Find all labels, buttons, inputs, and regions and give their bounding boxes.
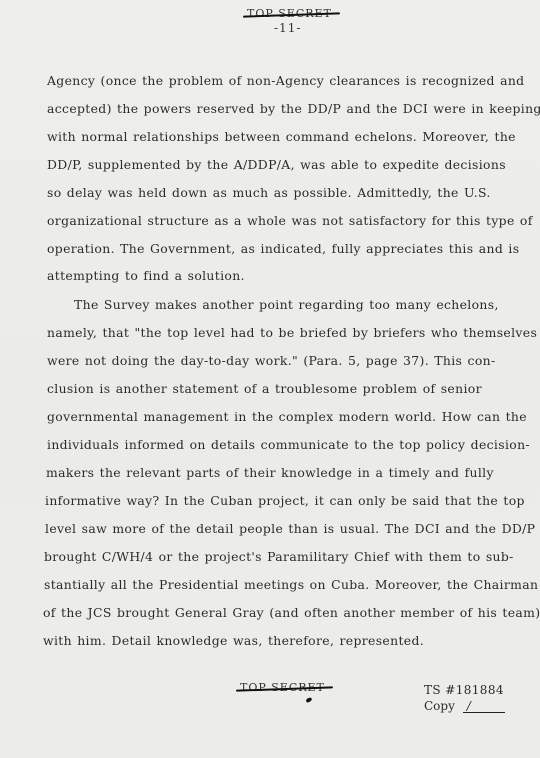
- body-line: so delay was held down as much as possib…: [47, 185, 491, 200]
- body-line: organizational structure as a whole was …: [47, 213, 533, 228]
- copy-number-field: Copy /: [424, 699, 505, 713]
- body-line: stantially all the Presidential meetings…: [44, 577, 538, 592]
- control-number: TS #181884: [424, 683, 504, 697]
- body-line: individuals informed on details communic…: [47, 437, 530, 452]
- body-line: with him. Detail knowledge was, therefor…: [43, 633, 424, 648]
- copy-value: /: [463, 700, 505, 713]
- body-line: informative way? In the Cuban project, i…: [45, 493, 525, 508]
- body-line: accepted) the powers reserved by the DD/…: [47, 101, 540, 116]
- body-line: clusion is another statement of a troubl…: [47, 381, 482, 396]
- body-line: Agency (once the problem of non-Agency c…: [47, 73, 524, 88]
- body-line: of the JCS brought General Gray (and oft…: [43, 605, 540, 620]
- top-classification-stamp: TOP SECRET: [247, 7, 332, 20]
- page-number: -11-: [274, 21, 301, 35]
- body-line: brought C/WH/4 or the project's Paramili…: [44, 549, 514, 564]
- copy-label: Copy: [424, 699, 455, 713]
- body-line: attempting to find a solution.: [47, 268, 245, 283]
- body-line: namely, that "the top level had to be br…: [47, 325, 537, 340]
- body-line: makers the relevant parts of their knowl…: [46, 465, 494, 480]
- body-line: operation. The Government, as indicated,…: [47, 241, 519, 256]
- body-line: with normal relationships between comman…: [47, 129, 516, 144]
- ink-blot-mark: [305, 697, 312, 703]
- paragraph-start-line: The Survey makes another point regarding…: [74, 297, 499, 312]
- body-line: governmental management in the complex m…: [47, 409, 527, 424]
- bottom-classification-stamp: TOP SECRET: [240, 681, 325, 694]
- body-line: level saw more of the detail people than…: [45, 521, 535, 536]
- body-line: were not doing the day-to-day work." (Pa…: [47, 353, 496, 368]
- document-page: TOP SECRET -11- Agency (once the problem…: [0, 0, 540, 758]
- body-line: DD/P, supplemented by the A/DDP/A, was a…: [47, 157, 506, 172]
